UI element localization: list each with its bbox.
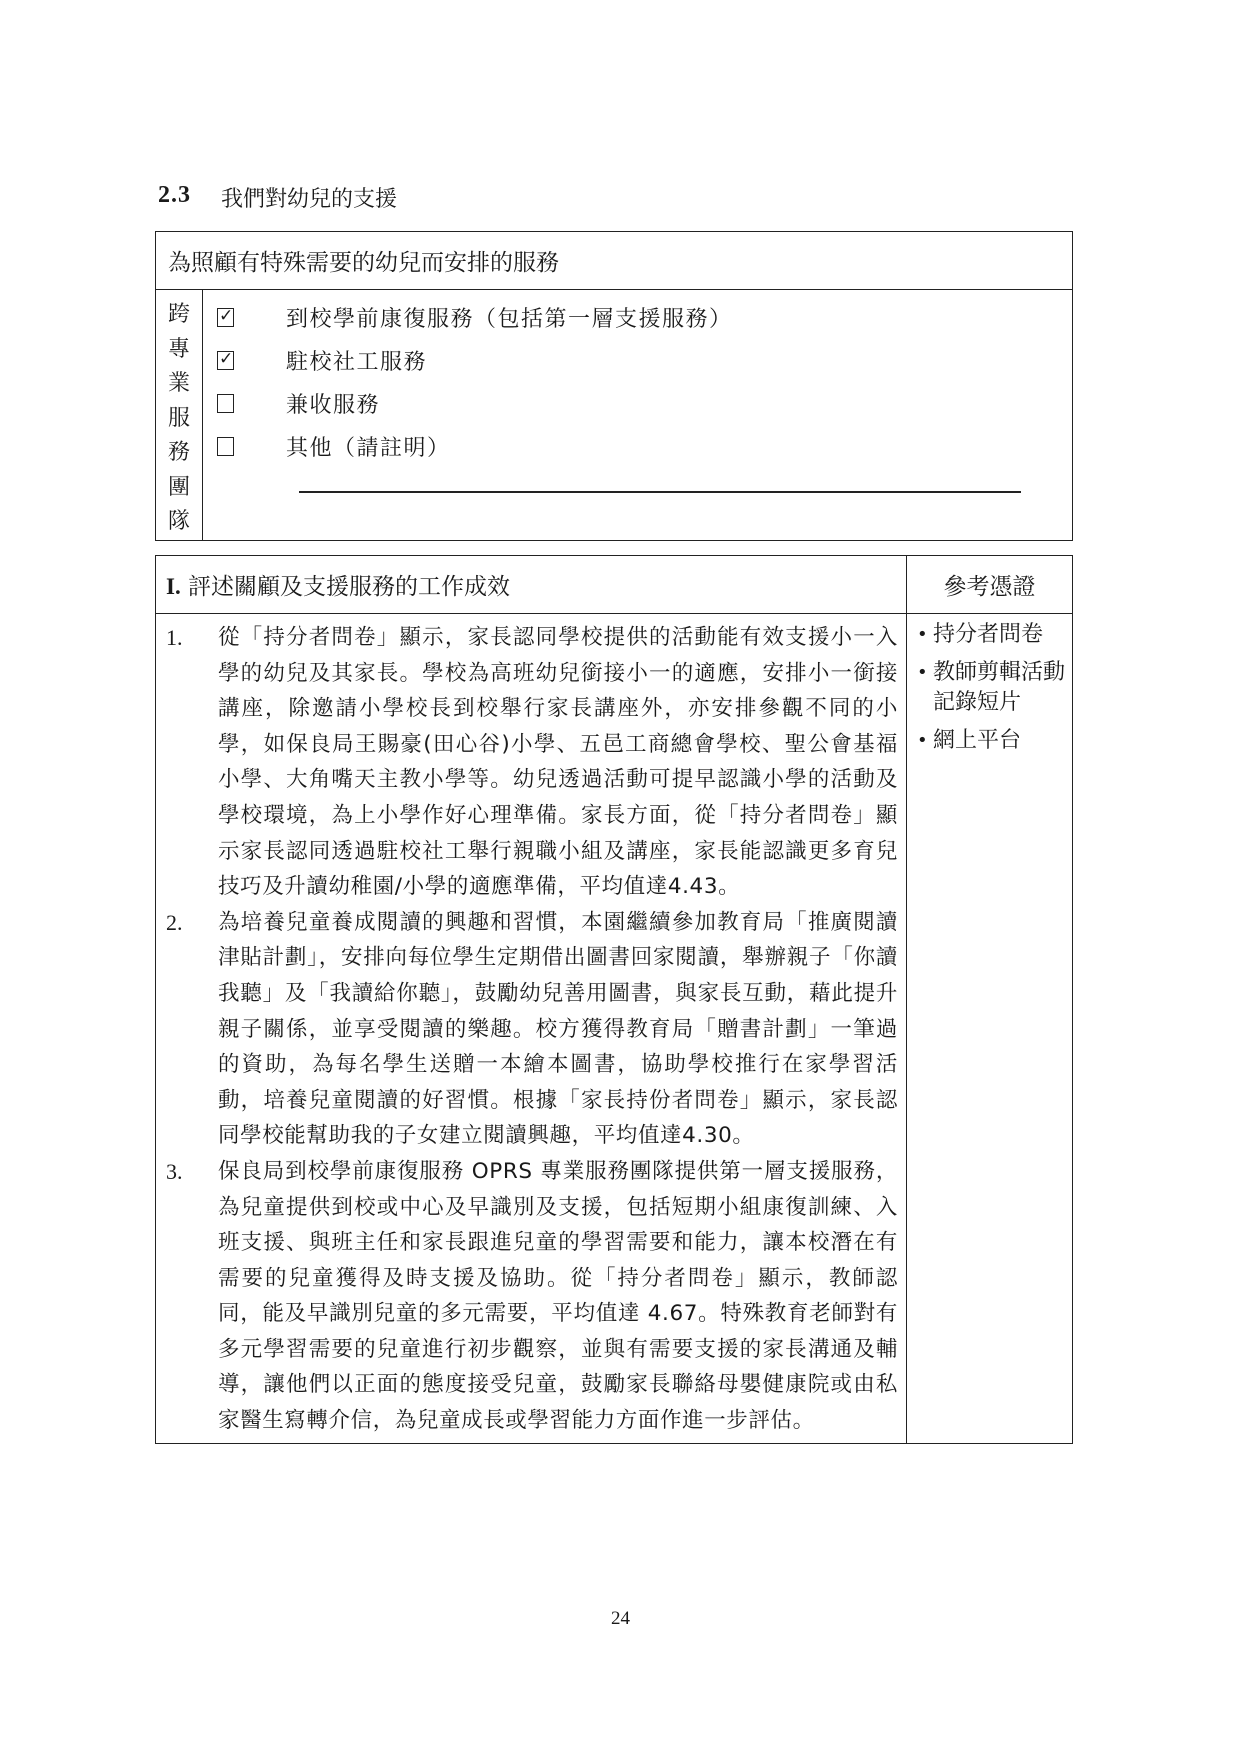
evaluation-header: I. 評述關顧及支援服務的工作成效: [156, 556, 907, 614]
service-option-integrated[interactable]: 兼收服務: [217, 382, 1072, 425]
evaluation-header-title: 評述關顧及支援服務的工作成效: [188, 574, 510, 600]
team-label-char: 跨: [156, 298, 202, 333]
section-number: 2.3: [158, 182, 191, 213]
item-text: 從「持分者問卷」顯示，家長認同學校提供的活動能有效支援小一入學的幼兒及其家長。學…: [218, 620, 898, 905]
evaluation-table: I. 評述關顧及支援服務的工作成效 參考憑證 1. 從「持分者問卷」顯示，家長認…: [155, 555, 1073, 1444]
service-option-other[interactable]: 其他（請註明）: [217, 425, 1072, 468]
reference-header: 參考憑證: [907, 556, 1073, 614]
item-number: 3.: [166, 1154, 218, 1439]
checkbox-checked[interactable]: ✓: [217, 351, 234, 370]
item-number: 2.: [166, 905, 218, 1154]
bullet-icon: •: [917, 658, 933, 718]
reference-text: 教師剪輯活動記錄短片: [933, 658, 1068, 718]
bullet-icon: •: [917, 620, 933, 650]
services-table-header: 為照顧有特殊需要的幼兒而安排的服務: [156, 232, 1073, 290]
service-option-social-worker[interactable]: ✓ 駐校社工服務: [217, 339, 1072, 382]
reference-text: 網上平台: [933, 726, 1021, 756]
service-options: ✓ 到校學前康復服務（包括第一層支援服務） ✓ 駐校社工服務 兼收服務 其他（請…: [203, 290, 1073, 541]
team-label-char: 專: [156, 333, 202, 368]
reference-item: • 教師剪輯活動記錄短片: [917, 658, 1068, 718]
team-label-vertical: 跨 專 業 服 務 團 隊: [156, 290, 203, 541]
team-label-char: 隊: [156, 505, 202, 540]
other-specify-line[interactable]: [299, 490, 1021, 493]
section-heading: 2.3 我們對幼兒的支援: [158, 182, 397, 213]
evaluation-item: 1. 從「持分者問卷」顯示，家長認同學校提供的活動能有效支援小一入學的幼兒及其家…: [166, 620, 898, 905]
section-title: 我們對幼兒的支援: [221, 182, 397, 213]
team-label-char: 務: [156, 436, 202, 471]
item-text: 為培養兒童養成閱讀的興趣和習慣，本園繼續參加教育局「推廣閱讀津貼計劃」，安排向每…: [218, 905, 898, 1154]
service-option-rehab[interactable]: ✓ 到校學前康復服務（包括第一層支援服務）: [217, 296, 1072, 339]
check-mark-icon: ✓: [219, 351, 235, 367]
checkbox-unchecked[interactable]: [217, 437, 234, 456]
reference-item: • 網上平台: [917, 726, 1068, 756]
reference-text: 持分者問卷: [933, 620, 1043, 650]
check-mark-icon: ✓: [219, 308, 235, 324]
item-number: 1.: [166, 620, 218, 905]
evaluation-item: 2. 為培養兒童養成閱讀的興趣和習慣，本園繼續參加教育局「推廣閱讀津貼計劃」，安…: [166, 905, 898, 1154]
evaluation-body: 1. 從「持分者問卷」顯示，家長認同學校提供的活動能有效支援小一入學的幼兒及其家…: [156, 614, 907, 1444]
team-label-char: 服: [156, 402, 202, 437]
reference-item: • 持分者問卷: [917, 620, 1068, 650]
service-option-label: 其他（請註明）: [286, 431, 451, 462]
reference-list: • 持分者問卷 • 教師剪輯活動記錄短片 • 網上平台: [907, 614, 1073, 1444]
services-table: 為照顧有特殊需要的幼兒而安排的服務 跨 專 業 服 務 團 隊 ✓ 到校學前康復…: [155, 231, 1073, 541]
evaluation-header-roman: I.: [166, 574, 181, 599]
service-option-label: 駐校社工服務: [286, 345, 427, 376]
team-label-char: 團: [156, 471, 202, 506]
checkbox-checked[interactable]: ✓: [217, 308, 234, 327]
team-label-char: 業: [156, 367, 202, 402]
page-number: 24: [0, 1608, 1241, 1630]
service-option-label: 到校學前康復服務（包括第一層支援服務）: [286, 302, 733, 333]
bullet-icon: •: [917, 726, 933, 756]
document-page: 2.3 我們對幼兒的支援 為照顧有特殊需要的幼兒而安排的服務 跨 專 業 服 務…: [0, 0, 1241, 1755]
service-option-label: 兼收服務: [286, 388, 380, 419]
checkbox-unchecked[interactable]: [217, 394, 234, 413]
item-text: 保良局到校學前康復服務 OPRS 專業服務團隊提供第一層支援服務，為兒童提供到校…: [218, 1154, 898, 1439]
evaluation-item: 3. 保良局到校學前康復服務 OPRS 專業服務團隊提供第一層支援服務，為兒童提…: [166, 1154, 898, 1439]
